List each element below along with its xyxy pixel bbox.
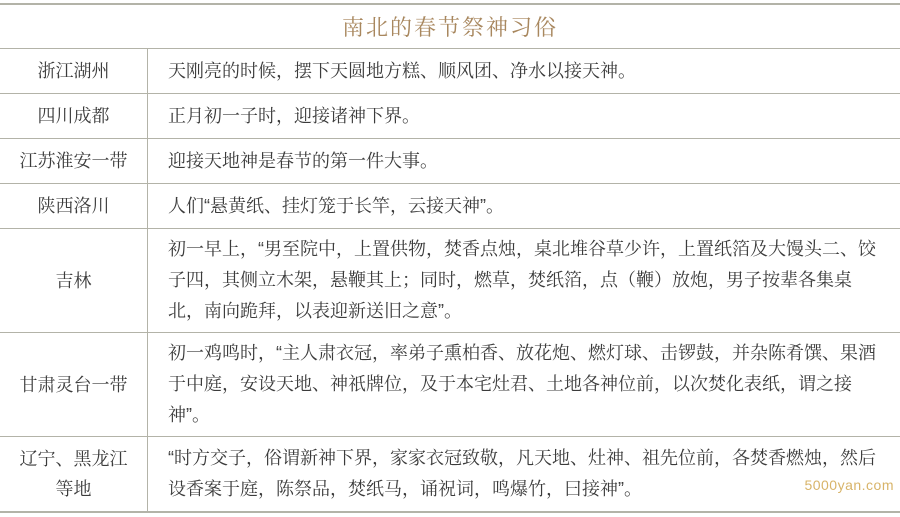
- region-cell: 吉林: [0, 229, 148, 332]
- customs-table: 南北的春节祭神习俗 浙江湖州天刚亮的时候，摆下天圆地方糕、顺风团、净水以接天神。…: [0, 3, 900, 513]
- table-title: 南北的春节祭神习俗: [0, 5, 900, 49]
- region-label: 吉林: [56, 266, 92, 296]
- region-label: 陕西洛川: [38, 191, 110, 221]
- region-cell: 辽宁、黑龙江等地: [0, 437, 148, 511]
- region-label: 甘肃灵台一带: [20, 370, 128, 400]
- table-row: 甘肃灵台一带初一鸡鸣时，“主人肃衣冠，率弟子熏柏香、放花炮、燃灯球、击锣鼓，并杂…: [0, 333, 900, 437]
- table-row: 浙江湖州天刚亮的时候，摆下天圆地方糕、顺风团、净水以接天神。: [0, 49, 900, 94]
- region-cell: 江苏淮安一带: [0, 139, 148, 183]
- table-row: 吉林初一早上，“男至院中，上置供物，焚香点烛，桌北堆谷草少许，上置纸箔及大馒头二…: [0, 229, 900, 333]
- custom-cell: 天刚亮的时候，摆下天圆地方糕、顺风团、净水以接天神。: [148, 49, 900, 93]
- region-label: 四川成都: [38, 101, 110, 131]
- custom-cell: 初一鸡鸣时，“主人肃衣冠，率弟子熏柏香、放花炮、燃灯球、击锣鼓，并杂陈肴馔、果酒…: [148, 333, 900, 436]
- custom-cell: 迎接天地神是春节的第一件大事。: [148, 139, 900, 183]
- table-row: 辽宁、黑龙江等地“时方交子，俗谓新神下界，家家衣冠致敬，凡天地、灶神、祖先位前，…: [0, 437, 900, 511]
- customs-table-body: 浙江湖州天刚亮的时候，摆下天圆地方糕、顺风团、净水以接天神。四川成都正月初一子时…: [0, 49, 900, 511]
- custom-cell: 正月初一子时，迎接诸神下界。: [148, 94, 900, 138]
- custom-cell: “时方交子，俗谓新神下界，家家衣冠致敬，凡天地、灶神、祖先位前，各焚香燃烛，然后…: [148, 437, 900, 511]
- region-cell: 陕西洛川: [0, 184, 148, 228]
- custom-cell: 人们“悬黄纸、挂灯笼于长竿，云接天神”。: [148, 184, 900, 228]
- table-row: 江苏淮安一带迎接天地神是春节的第一件大事。: [0, 139, 900, 184]
- table-row: 陕西洛川人们“悬黄纸、挂灯笼于长竿，云接天神”。: [0, 184, 900, 229]
- region-cell: 浙江湖州: [0, 49, 148, 93]
- region-cell: 四川成都: [0, 94, 148, 138]
- page: 南北的春节祭神习俗 浙江湖州天刚亮的时候，摆下天圆地方糕、顺风团、净水以接天神。…: [0, 0, 900, 517]
- table-row: 四川成都正月初一子时，迎接诸神下界。: [0, 94, 900, 139]
- custom-cell: 初一早上，“男至院中，上置供物，焚香点烛，桌北堆谷草少许，上置纸箔及大馒头二、饺…: [148, 229, 900, 332]
- region-label: 浙江湖州: [38, 56, 110, 86]
- region-label: 辽宁、黑龙江等地: [16, 444, 132, 504]
- region-label: 江苏淮安一带: [20, 146, 128, 176]
- watermark: 5000yan.com: [804, 477, 894, 493]
- region-cell: 甘肃灵台一带: [0, 333, 148, 436]
